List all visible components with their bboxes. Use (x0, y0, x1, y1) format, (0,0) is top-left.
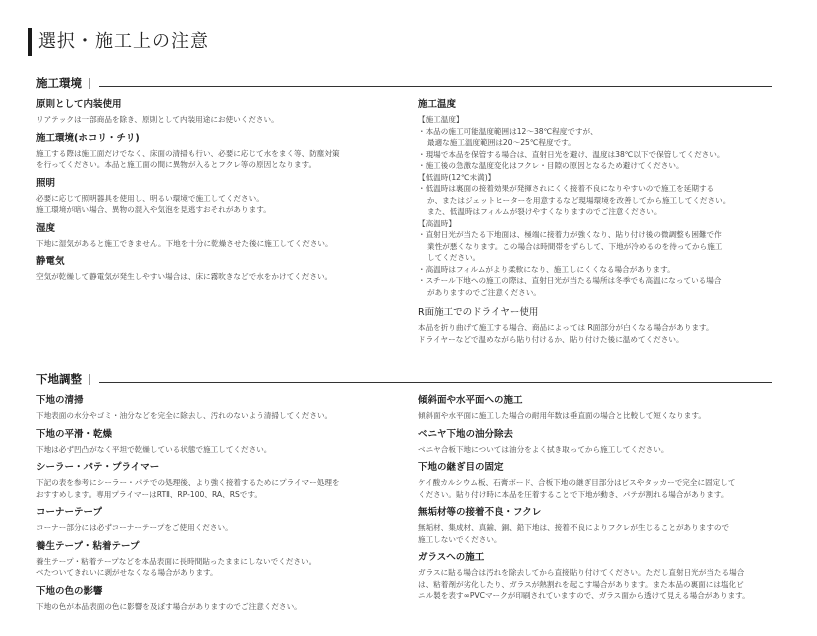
note-body: 空気が乾燥して静電気が発生しやすい場合は、床に霧吹きなどで水をかけてください。 (36, 271, 396, 283)
environment-left-column: 原則として内装使用 リアテックは一部商品を除き、原則として内装用途にお使いくださ… (36, 98, 396, 283)
note-lighting: 照明 必要に応じて照明器具を使用し、明るい環境で施工してください。 施工環境が暗… (36, 177, 396, 216)
note-title: 下地の色の影響 (36, 585, 396, 598)
note-humidity: 湿度 下地に湿気があると施工できません。下地を十分に乾燥させた後に施工してくださ… (36, 222, 396, 250)
note-body: コーナー部分には必ずコーナーテープをご使用ください。 (36, 522, 396, 534)
divider (89, 78, 90, 89)
section-label: 施工環境 (36, 76, 82, 90)
note-body: 無垢材、集成材、真鍮、銅、鉛下地は、接着不良によりフクレが生じることがありますの… (418, 522, 783, 545)
note-cleaning: 下地の清掃 下地表面の水分やゴミ・油分などを完全に除去し、汚れのないよう清掃して… (36, 394, 396, 422)
temp-bullet: ・施工後の急激な温度変化はフクレ・目隙の原因となるため避けてください。 (418, 160, 778, 172)
note-body: 養生テープ・粘着テープなどを本品表面に長時間貼ったままにしないでください。 べた… (36, 556, 396, 579)
section-header-construction-environment: 施工環境 (36, 72, 772, 90)
note-sealer-primer: シーラー・パテ・プライマー 下記の表を参考にシーラー・パテでの処理後、より強く接… (36, 461, 396, 500)
note-title: 湿度 (36, 222, 396, 235)
note-flat-dry: 下地の平滑・乾燥 下地は必ず凹凸がなく平坦で乾燥している状態で施工してください。 (36, 428, 396, 456)
note-body: 傾斜面や水平面に施工した場合の耐用年数は垂直面の場合と比較して短くなります。 (418, 410, 783, 422)
note-body: 下地表面の水分やゴミ・油分などを完全に除去し、汚れのないよう清掃してください。 (36, 410, 396, 422)
note-solid-wood: 無垢材等の接着不良・フクレ 無垢材、集成材、真鍮、銅、鉛下地は、接着不良によりフ… (418, 506, 783, 545)
note-body: 本品を折り曲げて施工する場合、商品によっては R面部分が白くなる場合があります。… (418, 322, 778, 345)
note-body: ベニヤ合板下地については油分をよく拭き取ってから施工してください。 (418, 444, 783, 456)
note-title: 下地の継ぎ目の固定 (418, 461, 783, 474)
temp-bullet: ・直射日光が当たる下地面は、極端に接着力が強くなり、貼り付け後の微調整も困難で作… (418, 229, 778, 264)
note-corner-tape: コーナーテープ コーナー部分には必ずコーナーテープをご使用ください。 (36, 506, 396, 534)
note-title: ベニヤ下地の油分除去 (418, 428, 783, 441)
note-dust: 施工環境(ホコリ・チリ) 施工する際は施工面だけでなく、床面の清掃も行い、必要に… (36, 132, 396, 171)
note-substrate-color: 下地の色の影響 下地の色が本品表面の色に影響を及ぼす場合がありますのでご注意くだ… (36, 585, 396, 613)
note-title: ガラスへの施工 (418, 551, 783, 564)
note-body: ガラスに貼る場合は汚れを除去してから直接貼り付けてください。ただし直射日光が当た… (418, 567, 783, 602)
section-label: 下地調整 (36, 372, 82, 386)
note-indoor-use: 原則として内装使用 リアテックは一部商品を除き、原則として内装用途にお使いくださ… (36, 98, 396, 126)
temp-bullet: ・本品の施工可能温度範囲は12～38℃程度ですが、 最適な施工温度範囲は20～2… (418, 126, 778, 149)
note-joint-fixing: 下地の継ぎ目の固定 ケイ酸カルシウム板、石膏ボード、合板下地の継ぎ目部分はビスや… (418, 461, 783, 500)
temp-group-label: 【低温時(12℃未満)】 (418, 172, 778, 184)
temp-bullet: ・スチール下地への施工の際は、直射日光が当たる場所は冬季でも高温になっている場合… (418, 275, 778, 298)
divider (89, 374, 90, 385)
note-body: 下地に湿気があると施工できません。下地を十分に乾燥させた後に施工してください。 (36, 238, 396, 250)
note-title: コーナーテープ (36, 506, 396, 519)
note-inclined-surface: 傾斜面や水平面への施工 傾斜面や水平面に施工した場合の耐用年数は垂直面の場合と比… (418, 394, 783, 422)
temp-bullet: ・低温時は裏面の接着効果が発揮されにくく接着不良になりやすいので施工を延期する … (418, 183, 778, 218)
note-title: 原則として内装使用 (36, 98, 396, 111)
note-title: 下地の平滑・乾燥 (36, 428, 396, 441)
note-title: 施工環境(ホコリ・チリ) (36, 132, 396, 145)
note-title: 下地の清掃 (36, 394, 396, 407)
temp-bullet: ・現場で本品を保管する場合は、直射日光を避け、温度は38℃以下で保管してください… (418, 149, 778, 161)
substrate-left-column: 下地の清掃 下地表面の水分やゴミ・油分などを完全に除去し、汚れのないよう清掃して… (36, 394, 396, 612)
note-static: 静電気 空気が乾燥して静電気が発生しやすい場合は、床に霧吹きなどで水をかけてくだ… (36, 255, 396, 283)
note-body: 必要に応じて照明器具を使用し、明るい環境で施工してください。 施工環境が暗い場合… (36, 193, 396, 216)
note-body: 下地の色が本品表面の色に影響を及ぼす場合がありますのでご注意ください。 (36, 601, 396, 613)
note-glass: ガラスへの施工 ガラスに貼る場合は汚れを除去してから直接貼り付けてください。ただ… (418, 551, 783, 602)
note-title: シーラー・パテ・プライマー (36, 461, 396, 474)
note-body: 下記の表を参考にシーラー・パテでの処理後、より強く接着するためにプライマー処理を… (36, 477, 396, 500)
note-title: 養生テープ・粘着テープ (36, 540, 396, 553)
note-dryer: R面施工でのドライヤー使用 本品を折り曲げて施工する場合、商品によっては R面部… (418, 306, 778, 345)
page-title: 選択・施工上の注意 (28, 28, 209, 56)
note-title: 無垢材等の接着不良・フクレ (418, 506, 783, 519)
note-temperature: 施工温度 【施工温度】 ・本品の施工可能温度範囲は12～38℃程度ですが、 最適… (418, 98, 778, 298)
note-masking-tape: 養生テープ・粘着テープ 養生テープ・粘着テープなどを本品表面に長時間貼ったままに… (36, 540, 396, 579)
section-rule (99, 382, 772, 383)
note-title: 静電気 (36, 255, 396, 268)
note-body: リアテックは一部商品を除き、原則として内装用途にお使いください。 (36, 114, 396, 126)
note-title: 照明 (36, 177, 396, 190)
note-title: R面施工でのドライヤー使用 (418, 306, 778, 319)
note-body: 下地は必ず凹凸がなく平坦で乾燥している状態で施工してください。 (36, 444, 396, 456)
section-header-substrate-prep: 下地調整 (36, 368, 772, 386)
substrate-right-column: 傾斜面や水平面への施工 傾斜面や水平面に施工した場合の耐用年数は垂直面の場合と比… (418, 394, 783, 602)
note-title: 施工温度 (418, 98, 778, 111)
note-body: ケイ酸カルシウム板、石膏ボード、合板下地の継ぎ目部分はビスやタッカーで完全に固定… (418, 477, 783, 500)
environment-right-column: 施工温度 【施工温度】 ・本品の施工可能温度範囲は12～38℃程度ですが、 最適… (418, 98, 778, 345)
temp-bullet: ・高温時はフィルムがより柔軟になり、施工しにくくなる場合があります。 (418, 264, 778, 276)
temp-group-label: 【高温時】 (418, 218, 778, 230)
section-rule (99, 86, 772, 87)
note-title: 傾斜面や水平面への施工 (418, 394, 783, 407)
note-body: 施工する際は施工面だけでなく、床面の清掃も行い、必要に応じて水をまく等、防塵対策… (36, 148, 396, 171)
note-plywood-oil: ベニヤ下地の油分除去 ベニヤ合板下地については油分をよく拭き取ってから施工してく… (418, 428, 783, 456)
temp-group-label: 【施工温度】 (418, 114, 778, 126)
